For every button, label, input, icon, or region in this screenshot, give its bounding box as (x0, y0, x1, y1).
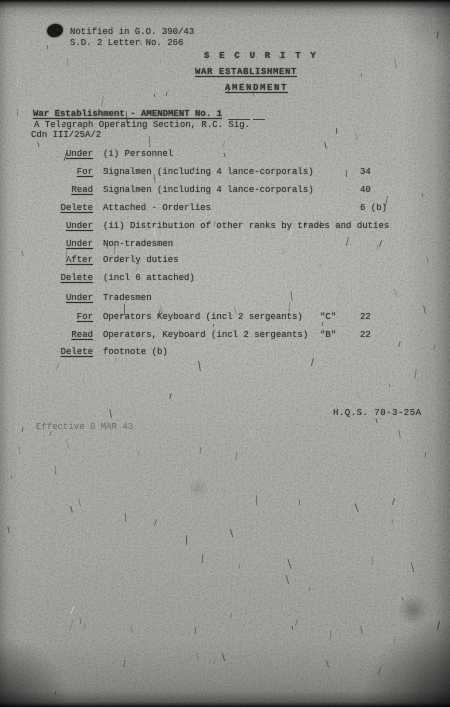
security-classification: S E C U R I T Y (204, 51, 318, 62)
amendment-text: (i) Personnel (103, 149, 173, 160)
title-underline-extension (253, 119, 265, 120)
amendment-row: Delete Attached - Orderlies 6 (b) (0, 203, 450, 215)
amendment-value: 34 (360, 167, 371, 178)
amendment-row: Delete footnote (b) (0, 347, 450, 359)
amendment-row: For Operators Keyboard (incl 2 sergeants… (0, 312, 450, 324)
scanned-document-page: Notified in G.O. 390/43 S.D. 2 Letter No… (0, 0, 450, 707)
punch-hole-mark (46, 22, 65, 38)
amendment-row: Under Non-tradesmen (0, 239, 450, 251)
notified-line: Notified in G.O. 390/43 (70, 27, 194, 38)
effective-date: Effective 6 MAR 43 (36, 422, 133, 433)
amendment-row: Delete (incl 6 attached) (0, 273, 450, 285)
amendment-row: Under (ii) Distribution of other ranks b… (0, 221, 450, 233)
amendment-keyword: For (25, 167, 93, 178)
amendment-keyword: Under (25, 149, 93, 160)
document-title: War Establishment - AMENDMENT No. 1 (33, 109, 222, 120)
sd-letter-line: S.D. 2 Letter No. 266 (70, 38, 183, 49)
amendment-text: footnote (b) (103, 347, 168, 358)
amendment-text: Signalmen (including 4 lance-corporals) (103, 185, 314, 196)
amendment-keyword: For (25, 312, 93, 323)
amendment-row: Under Tradesmen (0, 293, 450, 305)
war-establishment-heading: WAR ESTABLISHMENT (195, 67, 297, 78)
amendment-text: Tradesmen (103, 293, 152, 304)
amendment-text: (ii) Distribution of other ranks by trad… (103, 221, 389, 232)
amendment-text: Non-tradesmen (103, 239, 173, 250)
amendment-row: Read Signalmen (including 4 lance-corpor… (0, 185, 450, 197)
amendment-keyword: Read (25, 185, 93, 196)
amendment-row: Read Operators, Keyboard (incl 2 sergean… (0, 330, 450, 342)
file-reference: H.Q.S. 70-3-25A (333, 408, 422, 419)
amendment-value: 22 (360, 312, 371, 323)
amendment-text: Attached - Orderlies (103, 203, 211, 214)
amendment-value: 22 (360, 330, 371, 341)
amendment-keyword: Delete (25, 203, 93, 214)
amendment-keyword: After (25, 255, 93, 266)
amendment-keyword: Read (25, 330, 93, 341)
amendment-row: After Orderly duties (0, 255, 450, 267)
amendment-keyword: Under (25, 221, 93, 232)
establishment-reference: Cdn III/25A/2 (31, 130, 101, 141)
amendment-value: 40 (360, 185, 371, 196)
amendment-text: (incl 6 attached) (103, 273, 195, 284)
amendment-keyword: Under (25, 239, 93, 250)
amendment-keyword: Under (25, 293, 93, 304)
amendment-text: Operators Keyboard (incl 2 sergeants) (103, 312, 303, 323)
amendment-group-code: "C" (320, 312, 336, 323)
amendment-row: Under (i) Personnel (0, 149, 450, 161)
amendment-group-code: "B" (320, 330, 336, 341)
amendment-heading: AMENDMENT (225, 83, 288, 94)
amendment-row: For Signalmen (including 4 lance-corpora… (0, 167, 450, 179)
amendment-keyword: Delete (25, 273, 93, 284)
amendment-keyword: Delete (25, 347, 93, 358)
amendment-text: Orderly duties (103, 255, 179, 266)
amendment-value: 6 (b) (360, 203, 387, 214)
amendment-text: Signalmen (including 4 lance-corporals) (103, 167, 314, 178)
amendment-text: Operators, Keyboard (incl 2 sergeants) (103, 330, 308, 341)
